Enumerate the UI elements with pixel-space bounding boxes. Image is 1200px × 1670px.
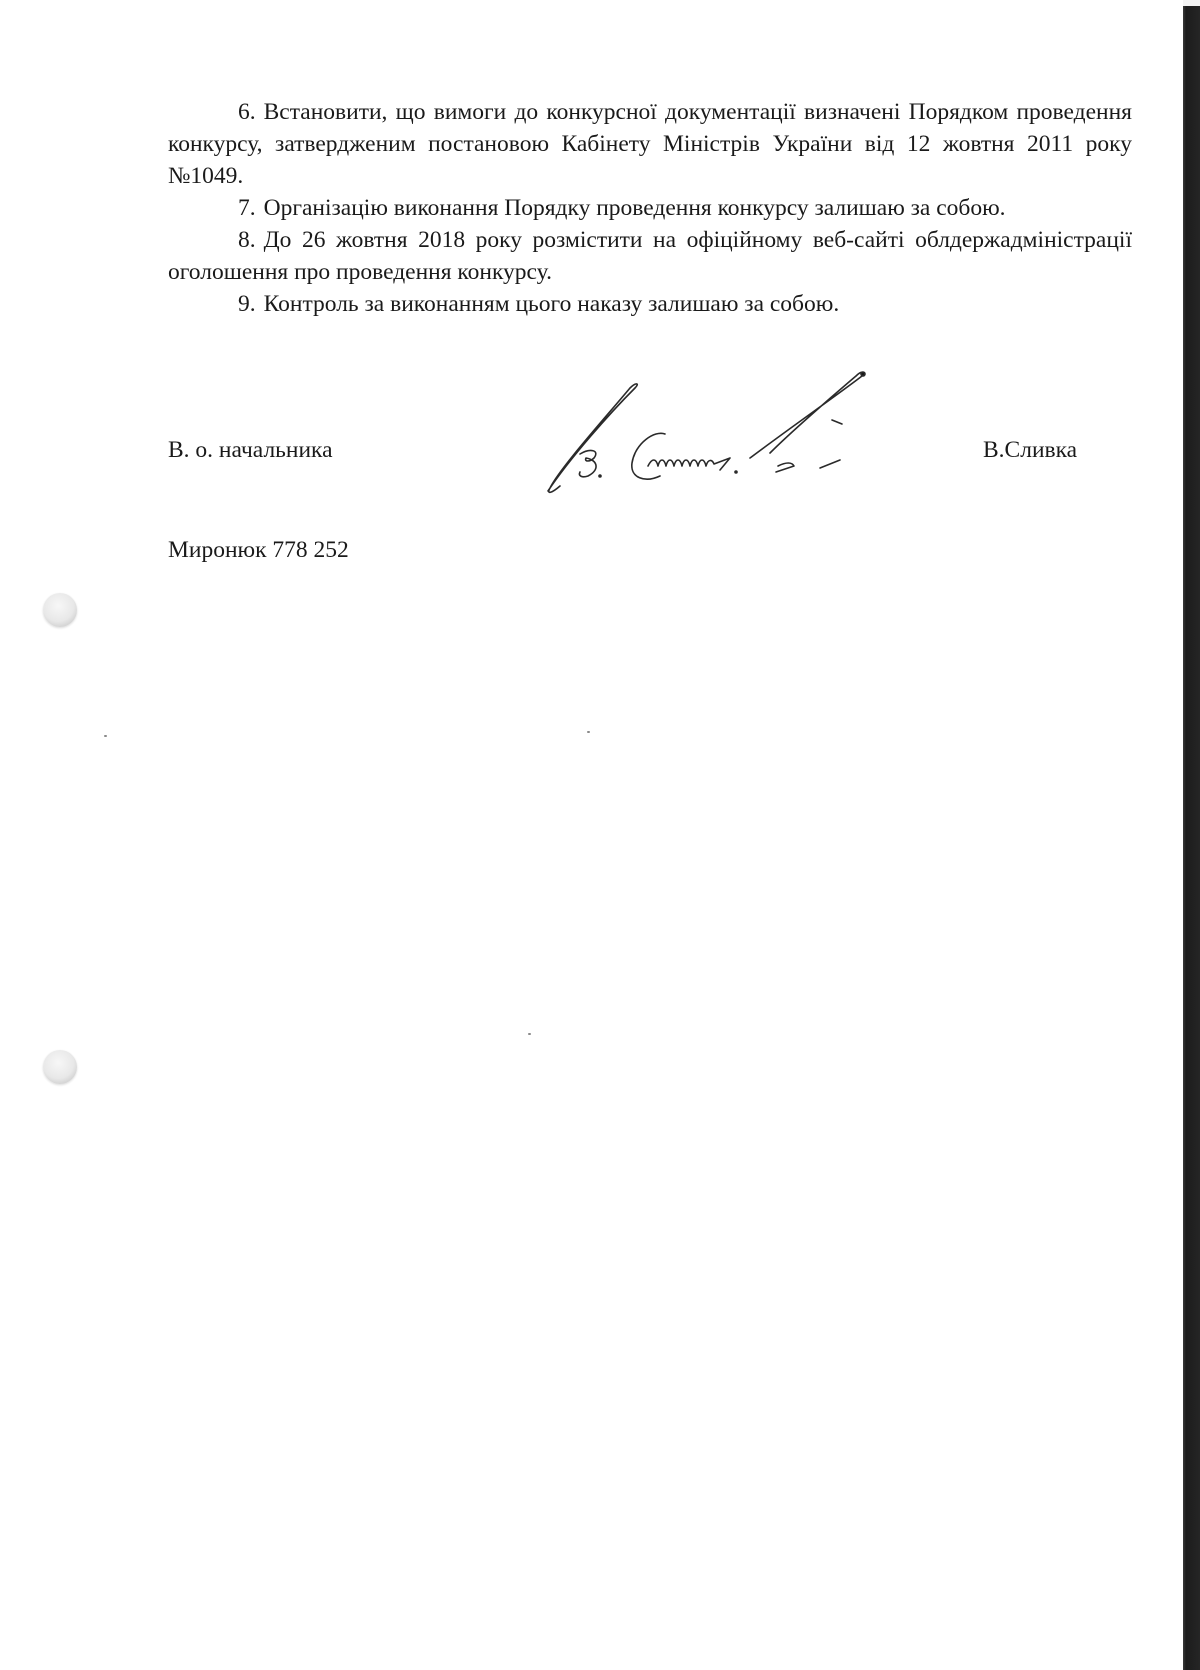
scan-speck bbox=[587, 731, 590, 733]
scan-speck bbox=[104, 735, 107, 737]
paragraph-number: 9. bbox=[238, 291, 256, 317]
scanner-edge bbox=[1183, 6, 1200, 1670]
document-body: 6.Встановити, що вимоги до конкурсної до… bbox=[168, 96, 1132, 320]
executor-contact: Миронюк 778 252 bbox=[168, 534, 349, 566]
paragraph-number: 8. bbox=[238, 227, 256, 253]
signer-name: В.Сливка bbox=[983, 434, 1077, 466]
paragraph-text: Організацію виконання Порядку проведення… bbox=[264, 195, 1006, 221]
document-page: 6.Встановити, що вимоги до конкурсної до… bbox=[0, 0, 1183, 1670]
paragraph-number: 6. bbox=[238, 99, 256, 125]
paragraph-number: 7. bbox=[238, 195, 256, 221]
signer-position: В. о. начальника bbox=[168, 434, 333, 466]
paragraph-9: 9.Контроль за виконанням цього наказу за… bbox=[168, 288, 1132, 320]
paragraph-6: 6.Встановити, що вимоги до конкурсної до… bbox=[168, 96, 1132, 192]
handwritten-signature-icon bbox=[540, 358, 900, 498]
paragraph-text: Контроль за виконанням цього наказу зали… bbox=[264, 291, 840, 317]
punch-hole-icon bbox=[43, 593, 77, 627]
scan-speck bbox=[528, 1033, 531, 1035]
punch-hole-icon bbox=[43, 1050, 77, 1084]
paragraph-text: Встановити, що вимоги до конкурсної доку… bbox=[168, 99, 1132, 189]
paragraph-8: 8.До 26 жовтня 2018 року розмістити на о… bbox=[168, 224, 1132, 288]
paragraph-text: До 26 жовтня 2018 року розмістити на офі… bbox=[168, 227, 1132, 285]
paragraph-7: 7.Організацію виконання Порядку проведен… bbox=[168, 192, 1132, 224]
